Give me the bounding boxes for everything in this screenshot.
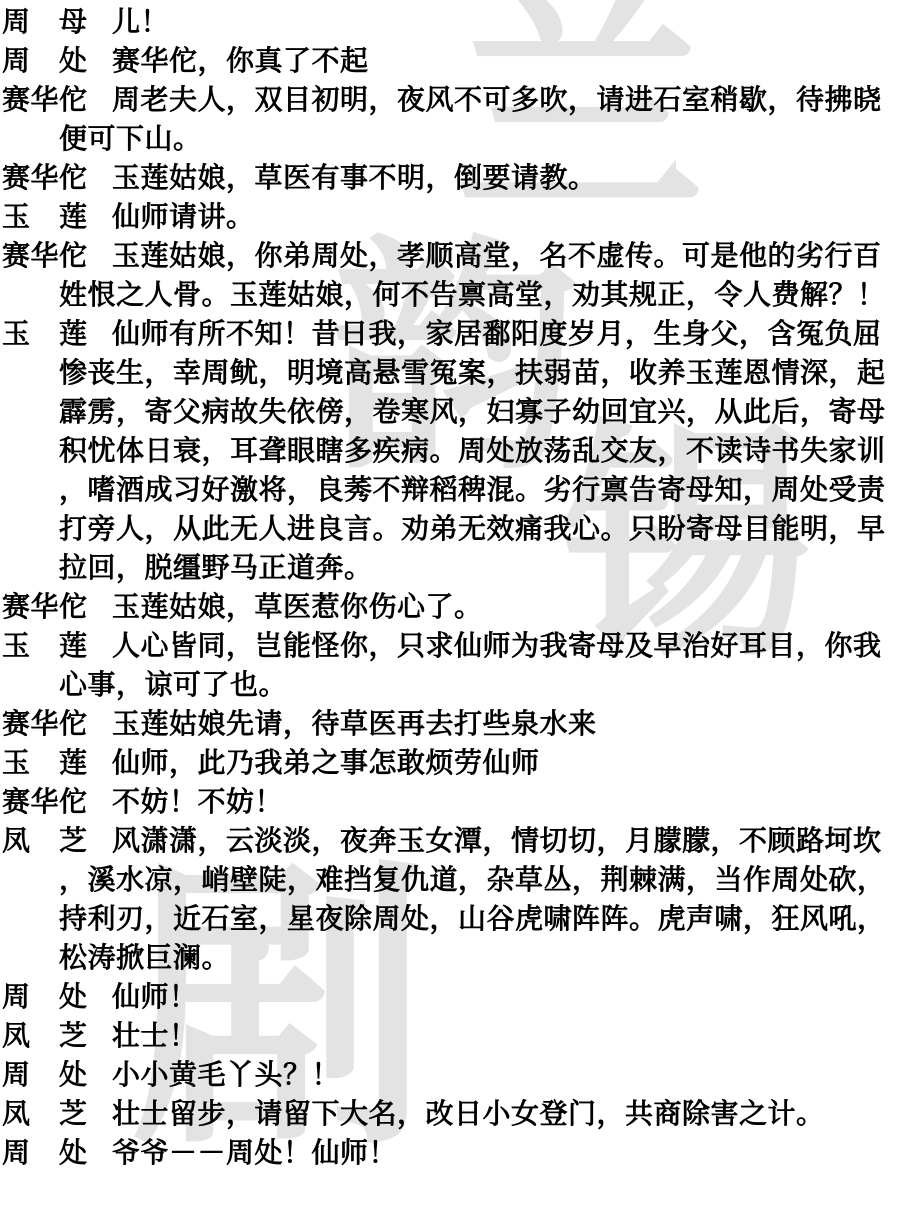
script-line: 赛华佗周老夫人，双目初明，夜风不可多吹，请进石室稍歇，待拂晓 便可下山。 <box>2 81 894 159</box>
speaker-name: 赛华佗 <box>2 81 112 120</box>
script-line: 赛华佗玉莲姑娘，你弟周处，孝顺高堂，名不虚传。可是他的劣行百 姓恨之人骨。玉莲姑… <box>2 237 894 315</box>
dialogue-text: 玉莲姑娘先请，待草医再去打些泉水来 <box>112 709 597 740</box>
dialogue-text: 仙师有所不知！昔日我，家居鄱阳度岁月，生身父，含冤负屈 惨丧生，幸周鱿，明境高悬… <box>59 319 886 584</box>
script-line: 周 处小小黄毛丫头？！ <box>2 1056 894 1095</box>
script-line: 赛华佗不妨！不妨！ <box>2 783 894 822</box>
speaker-name: 赛华佗 <box>2 237 112 276</box>
script-line: 周 母儿！ <box>2 3 894 42</box>
script-line: 周 处爷爷－－周处！仙师！ <box>2 1134 894 1173</box>
script-line: 赛华佗玉莲姑娘，草医有事不明，倒要请教。 <box>2 159 894 198</box>
dialogue-text: 儿！ <box>112 7 169 38</box>
script-line: 凤 芝壮士！ <box>2 1017 894 1056</box>
speaker-name: 赛华佗 <box>2 783 112 822</box>
dialogue-text: 爷爷－－周处！仙师！ <box>112 1138 397 1169</box>
dialogue-text: 玉莲姑娘，草医有事不明，倒要请教。 <box>112 163 597 194</box>
dialogue-text: 周老夫人，双目初明，夜风不可多吹，请进石室稍歇，待拂晓 便可下山。 <box>59 85 882 155</box>
script-line: 凤 芝风潇潇，云淡淡，夜奔玉女潭，情切切，月朦朦，不顾路坷坎 ，溪水凉，峭壁陡，… <box>2 822 894 978</box>
dialogue-text: 不妨！不妨！ <box>112 787 283 818</box>
dialogue-text: 仙师请讲。 <box>112 202 255 233</box>
script-line: 赛华佗玉莲姑娘，草医惹你伤心了。 <box>2 588 894 627</box>
script-content: 周 母儿！周 处赛华佗，你真了不起赛华佗周老夫人，双目初明，夜风不可多吹，请进石… <box>0 0 900 1173</box>
dialogue-text: 风潇潇，云淡淡，夜奔玉女潭，情切切，月朦朦，不顾路坷坎 ，溪水凉，峭壁陡，难挡复… <box>59 826 886 974</box>
dialogue-text: 人心皆同，岂能怪你，只求仙师为我寄母及早治好耳目，你我 心事，谅可了也。 <box>59 631 882 701</box>
speaker-name: 周 处 <box>2 1056 112 1095</box>
script-line: 周 处赛华佗，你真了不起 <box>2 42 894 81</box>
script-line: 玉 莲人心皆同，岂能怪你，只求仙师为我寄母及早治好耳目，你我 心事，谅可了也。 <box>2 627 894 705</box>
dialogue-text: 壮士！ <box>112 1021 198 1052</box>
script-page: 兰韵锡剧 周 母儿！周 处赛华佗，你真了不起赛华佗周老夫人，双目初明，夜风不可多… <box>0 0 900 1205</box>
speaker-name: 玉 莲 <box>2 627 112 666</box>
speaker-name: 周 处 <box>2 1134 112 1173</box>
dialogue-text: 仙师，此乃我弟之事怎敢烦劳仙师 <box>112 748 540 779</box>
speaker-name: 周 处 <box>2 42 112 81</box>
script-line: 周 处仙师！ <box>2 978 894 1017</box>
script-line: 凤 芝壮士留步，请留下大名，改日小女登门，共商除害之计。 <box>2 1095 894 1134</box>
speaker-name: 玉 莲 <box>2 198 112 237</box>
script-line: 赛华佗玉莲姑娘先请，待草医再去打些泉水来 <box>2 705 894 744</box>
speaker-name: 周 处 <box>2 978 112 1017</box>
speaker-name: 赛华佗 <box>2 159 112 198</box>
dialogue-text: 玉莲姑娘，你弟周处，孝顺高堂，名不虚传。可是他的劣行百 姓恨之人骨。玉莲姑娘，何… <box>59 241 886 311</box>
speaker-name: 周 母 <box>2 3 112 42</box>
speaker-name: 凤 芝 <box>2 1095 112 1134</box>
script-line: 玉 莲仙师有所不知！昔日我，家居鄱阳度岁月，生身父，含冤负屈 惨丧生，幸周鱿，明… <box>2 315 894 588</box>
speaker-name: 赛华佗 <box>2 588 112 627</box>
speaker-name: 赛华佗 <box>2 705 112 744</box>
dialogue-text: 仙师！ <box>112 982 198 1013</box>
dialogue-text: 小小黄毛丫头？！ <box>112 1060 340 1091</box>
dialogue-text: 玉莲姑娘，草医惹你伤心了。 <box>112 592 483 623</box>
speaker-name: 玉 莲 <box>2 744 112 783</box>
dialogue-text: 赛华佗，你真了不起 <box>112 46 369 77</box>
script-line: 玉 莲仙师请讲。 <box>2 198 894 237</box>
dialogue-text: 壮士留步，请留下大名，改日小女登门，共商除害之计。 <box>112 1099 825 1130</box>
script-line: 玉 莲仙师，此乃我弟之事怎敢烦劳仙师 <box>2 744 894 783</box>
speaker-name: 凤 芝 <box>2 822 112 861</box>
speaker-name: 玉 莲 <box>2 315 112 354</box>
speaker-name: 凤 芝 <box>2 1017 112 1056</box>
